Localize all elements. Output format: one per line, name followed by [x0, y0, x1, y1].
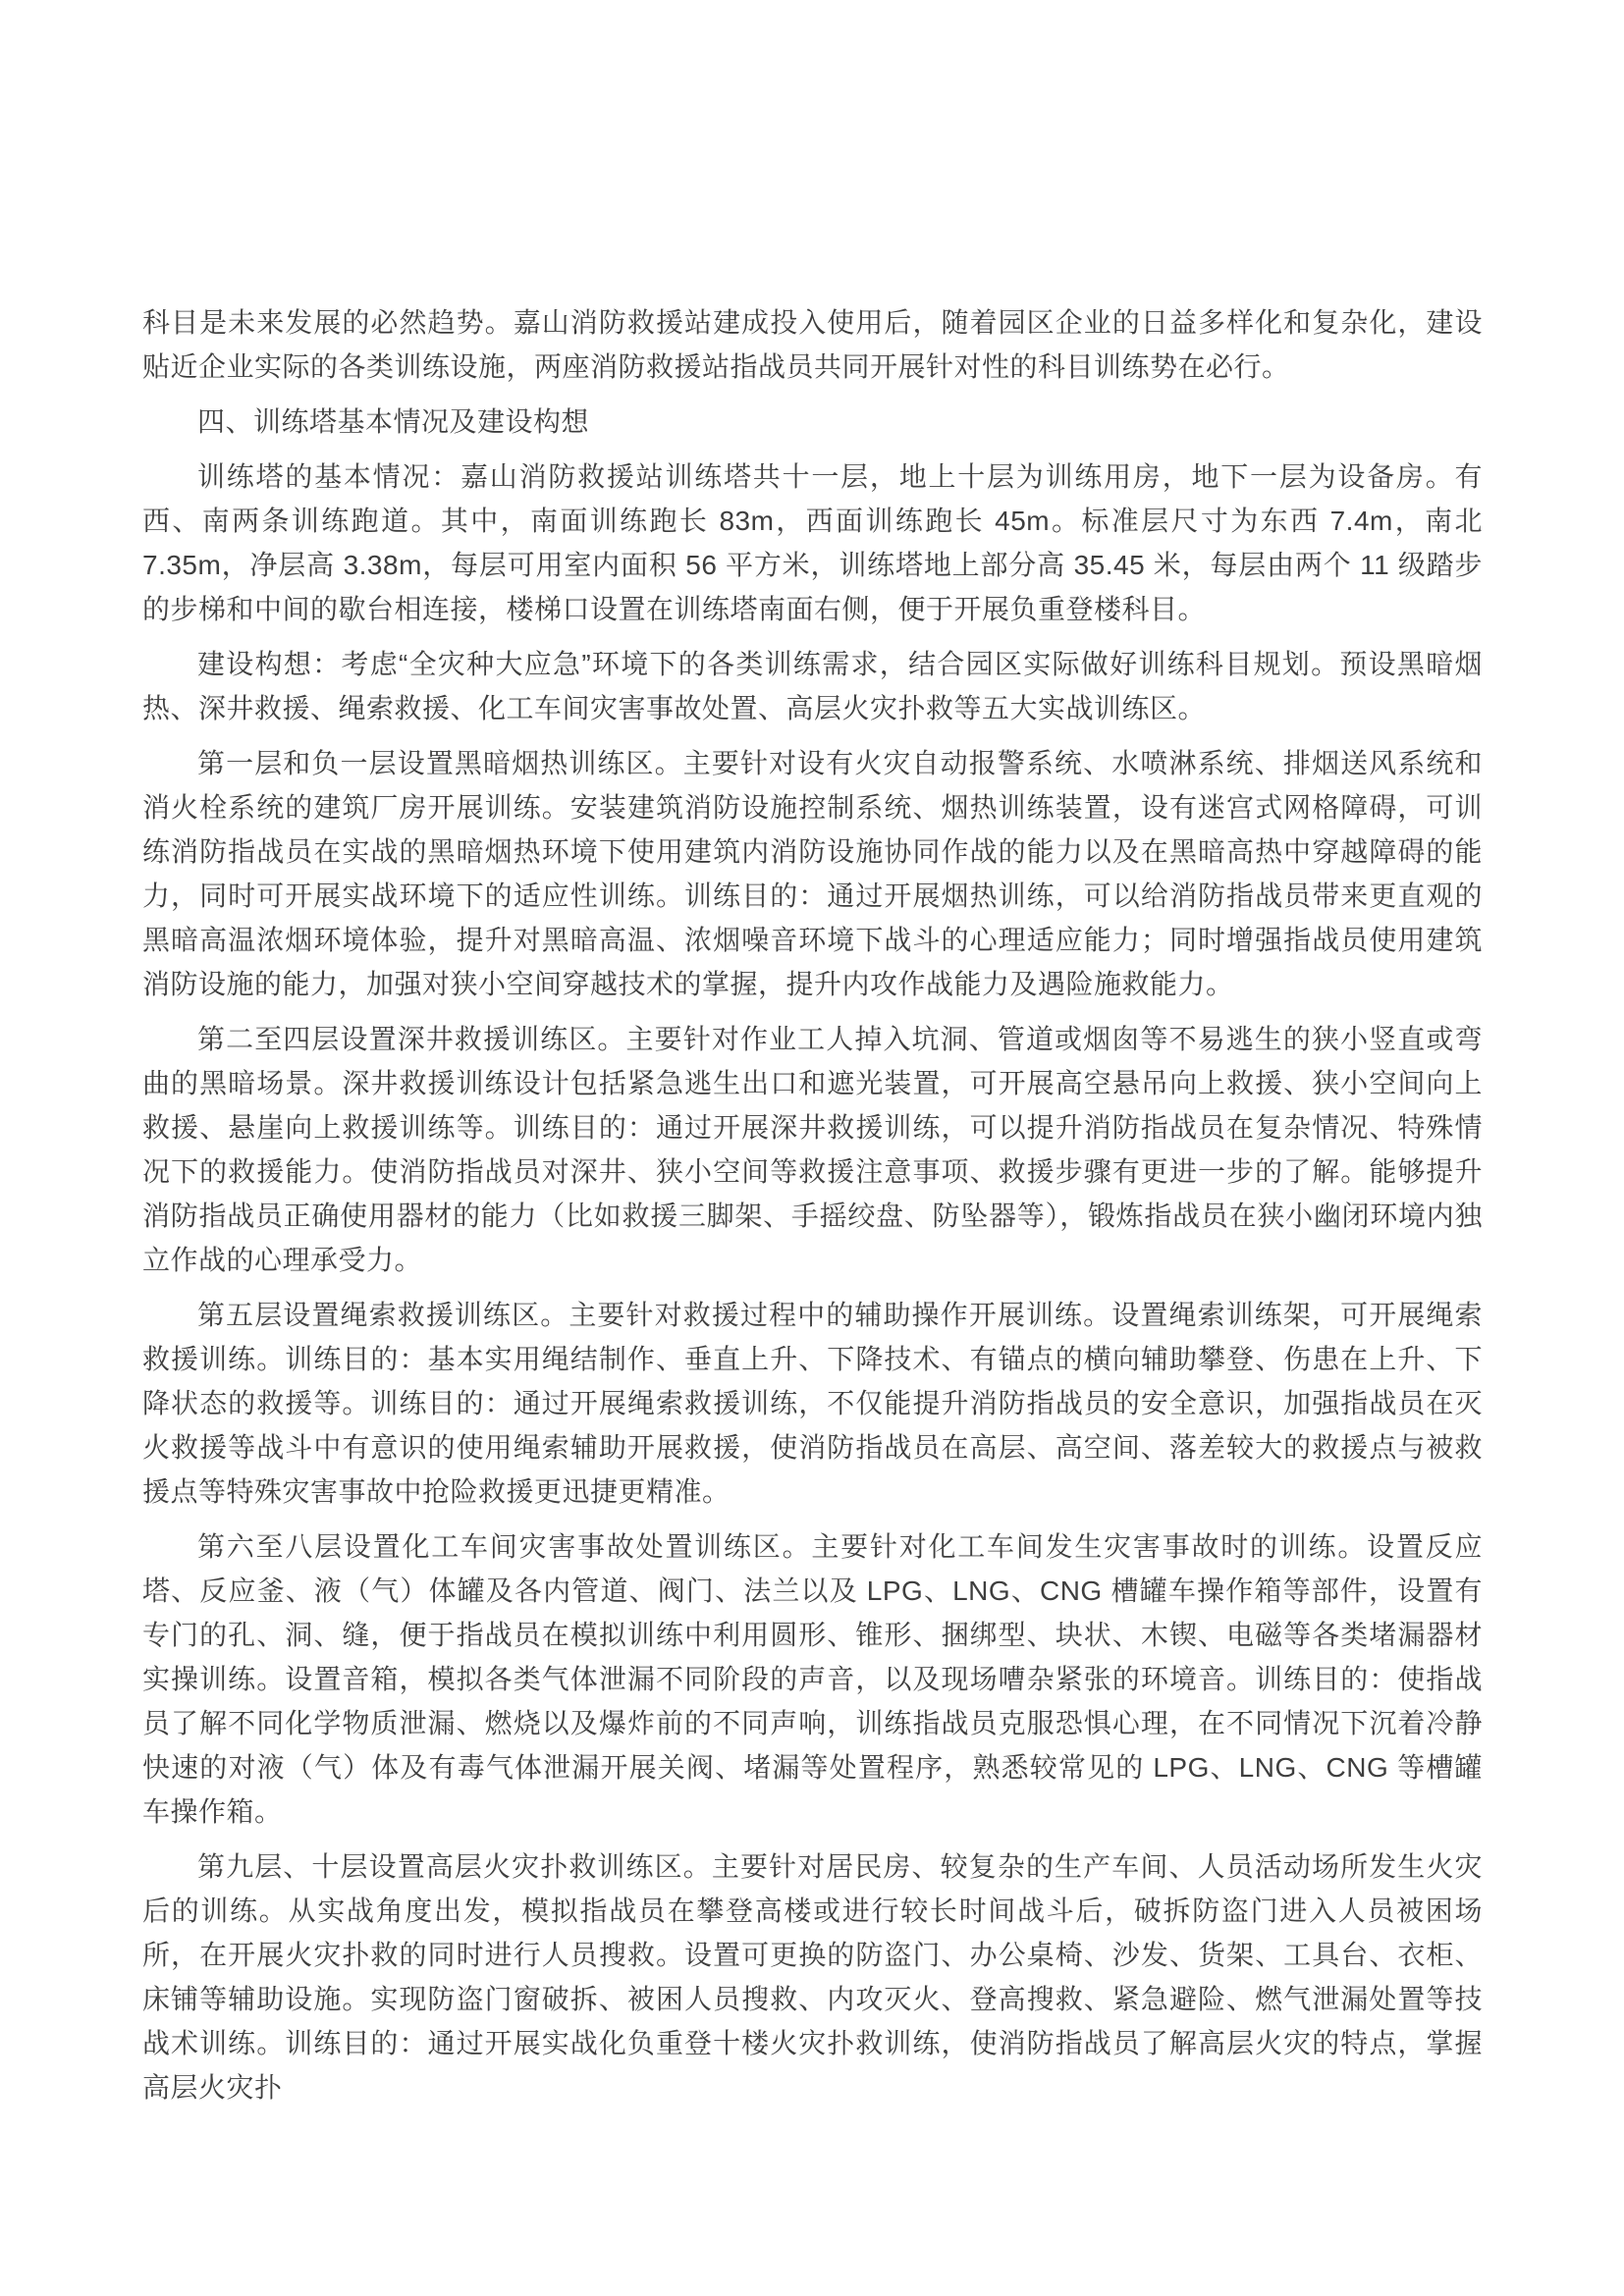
paragraph-chemical-workshop-zone: 第六至八层设置化工车间灾害事故处置训练区。主要针对化工车间发生灾害事故时的训练。…	[142, 1524, 1483, 1834]
document-page: 科目是未来发展的必然趋势。嘉山消防救援站建成投入使用后，随着园区企业的日益多样化…	[0, 0, 1624, 2296]
paragraph-highrise-fire-zone: 第九层、十层设置高层火灾扑救训练区。主要针对居民房、较复杂的生产车间、人员活动场…	[142, 1844, 1483, 2109]
paragraph-rope-rescue-zone: 第五层设置绳索救援训练区。主要针对救援过程中的辅助操作开展训练。设置绳索训练架，…	[142, 1293, 1483, 1514]
paragraph-tower-basic-info: 训练塔的基本情况：嘉山消防救援站训练塔共十一层，地上十层为训练用房，地下一层为设…	[142, 454, 1483, 631]
paragraph-continuation: 科目是未来发展的必然趋势。嘉山消防救援站建成投入使用后，随着园区企业的日益多样化…	[142, 300, 1483, 389]
paragraph-construction-concept: 建设构想：考虑“全灾种大应急”环境下的各类训练需求，结合园区实际做好训练科目规划…	[142, 642, 1483, 730]
paragraph-smoke-heat-zone: 第一层和负一层设置黑暗烟热训练区。主要针对设有火灾自动报警系统、水喷淋系统、排烟…	[142, 741, 1483, 1006]
paragraph-deep-well-zone: 第二至四层设置深井救援训练区。主要针对作业工人掉入坑洞、管道或烟囱等不易逃生的狭…	[142, 1017, 1483, 1282]
section-heading: 四、训练塔基本情况及建设构想	[142, 400, 1483, 444]
